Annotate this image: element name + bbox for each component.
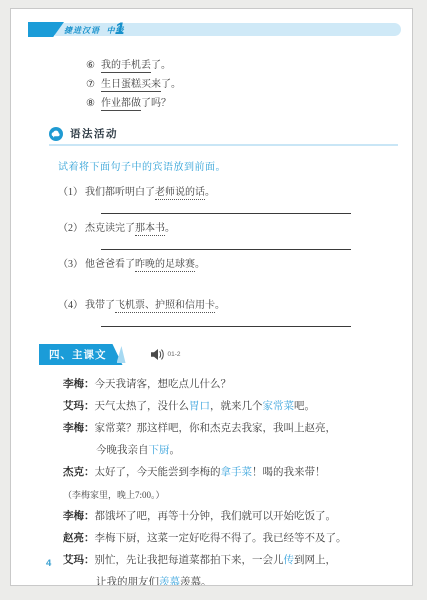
circled-number: ⑥ xyxy=(86,60,95,71)
speaker-name: 杰克： xyxy=(63,467,95,478)
grammar-activity-title: 语法活动 xyxy=(70,126,118,141)
speaker-name: 李梅： xyxy=(63,423,95,434)
dialogue-line: 李梅：家常菜？那这样吧，你和杰克去我家，我叫上赵亮， xyxy=(63,418,394,440)
underlined-phrase: 作业都做 xyxy=(101,98,141,111)
sentence-post: 。 xyxy=(165,223,175,234)
dialogue-text: 天气太热了，没什么 xyxy=(95,401,190,412)
circled-number: ⑧ xyxy=(86,98,95,109)
dialogue-text: 今晚我亲自 xyxy=(96,445,149,456)
sentence-rest: 了。 xyxy=(151,60,171,71)
warmup-list: ⑥我的手机丢了。⑦生日蛋糕买来了。⑧作业都做了吗？ xyxy=(86,59,412,110)
vocab-word: 胃口 xyxy=(189,401,210,412)
warmup-sentence: ⑦生日蛋糕买来了。 xyxy=(86,78,412,91)
vocab-word: 传 xyxy=(284,555,295,566)
speaker-icon xyxy=(150,348,164,361)
item-number: （2） xyxy=(58,223,83,234)
speaker-name: 李梅： xyxy=(63,511,95,522)
vocab-word: 拿手菜 xyxy=(221,467,253,478)
dialogue-text: 。 xyxy=(170,445,181,456)
sentence-post: 。 xyxy=(205,187,215,198)
grammar-item: （2）杰克读完了那本书。 xyxy=(58,222,412,236)
dialogue-line: 李梅：都饿坏了吧，再等十分钟，我们就可以开始吃饭了。 xyxy=(63,506,394,528)
grammar-exercise-list: （1）我们都听明白了老师说的话。（2）杰克读完了那本书。（3）他爸爸看了昨晚的足… xyxy=(58,186,412,327)
sentence-pre: 杰克读完了 xyxy=(85,223,135,234)
instruction-text: 试着将下面句子中的宾语放到前面。 xyxy=(58,158,412,173)
underlined-phrase: 生日蛋糕买来 xyxy=(101,79,161,92)
stage-note: （李梅家里，晚上7:00。） xyxy=(63,484,394,506)
dialogue-text: 让我的朋友们 xyxy=(96,577,159,586)
sentence-rest: 了。 xyxy=(161,79,181,90)
underlined-object: 老师说的话 xyxy=(155,187,205,200)
dialogue-line: 赵亮：李梅下厨，这菜一定好吃得不得了。我已经等不及了。 xyxy=(63,528,394,550)
dialogue-text: 太好了，今天能尝到李梅的 xyxy=(95,467,221,478)
dialogue-line: 艾玛：天气太热了，没什么胃口，就来几个家常菜吧。 xyxy=(63,396,394,418)
sentence-pre: 我带了 xyxy=(85,300,115,311)
dialogue-line: 让我的朋友们羡慕羡慕。 xyxy=(63,572,394,586)
speaker-name: 艾玛： xyxy=(63,555,95,566)
item-number: （4） xyxy=(58,300,83,311)
grammar-activity-header: 语法活动 xyxy=(49,126,398,146)
item-number: （3） xyxy=(58,259,83,270)
dialogue-text: 家常菜？那这样吧，你和杰克去我家，我叫上赵亮， xyxy=(95,423,337,434)
underlined-object: 昨晚的足球赛 xyxy=(135,259,195,272)
chat-bubble-icon xyxy=(49,127,63,141)
underlined-phrase: 我的手机丢 xyxy=(101,60,151,73)
vocab-word: 家常菜 xyxy=(263,401,295,412)
speaker-name: 艾玛： xyxy=(63,401,95,412)
header-band: 捷进汉语 中级 1 xyxy=(11,22,412,39)
item-number: （1） xyxy=(58,187,83,198)
section-title-banner: 四、主课文 xyxy=(39,344,123,365)
sentence-post: 。 xyxy=(215,300,225,311)
main-text-section-row: 四、主课文 01-2 xyxy=(39,346,412,363)
sentence-rest: 了吗？ xyxy=(141,98,171,109)
item-gap xyxy=(58,272,412,291)
dialogue-text: 到网上， xyxy=(294,555,336,566)
dialogue-text: 羡慕。 xyxy=(180,577,212,586)
dialogue: 李梅：今天我请客，想吃点儿什么？艾玛：天气太热了，没什么胃口，就来几个家常菜吧。… xyxy=(63,374,394,586)
banner-triangle-decoration xyxy=(117,346,126,363)
dialogue-line: 杰克：太好了，今天能尝到李梅的拿手菜！喝的我来带！ xyxy=(63,462,394,484)
audio-control[interactable]: 01-2 xyxy=(150,348,181,361)
page-number: 4 xyxy=(46,558,51,569)
dialogue-text: 别忙，先让我把每道菜都拍下来，一会儿 xyxy=(95,555,284,566)
warmup-sentence: ⑥我的手机丢了。 xyxy=(86,59,412,72)
dialogue-text: ，就来几个 xyxy=(210,401,263,412)
speaker-name: 赵亮： xyxy=(63,533,95,544)
underlined-object: 那本书 xyxy=(135,223,165,236)
dialogue-text: 李梅下厨，这菜一定好吃得不得了。我已经等不及了。 xyxy=(95,533,347,544)
dialogue-line: 李梅：今天我请客，想吃点儿什么？ xyxy=(63,374,394,396)
dialogue-text: 吧。 xyxy=(294,401,315,412)
answer-line xyxy=(101,313,351,327)
grammar-item: （4）我带了飞机票、护照和信用卡。 xyxy=(58,299,412,313)
textbook-page: 捷进汉语 中级 1 ⑥我的手机丢了。⑦生日蛋糕买来了。⑧作业都做了吗？ 语法活动… xyxy=(10,8,413,586)
dialogue-text: 今天我请客，想吃点儿什么？ xyxy=(95,379,232,390)
vocab-word: 羡慕 xyxy=(159,577,180,586)
dialogue-line: 艾玛：别忙，先让我把每道菜都拍下来，一会儿传到网上， xyxy=(63,550,394,572)
sentence-post: 。 xyxy=(195,259,205,270)
vocab-word: 下厨 xyxy=(149,445,170,456)
dialogue-line: 今晚我亲自下厨。 xyxy=(63,440,394,462)
grammar-item: （1）我们都听明白了老师说的话。 xyxy=(58,186,412,200)
series-name: 捷进汉语 xyxy=(64,26,100,35)
warmup-sentence: ⑧作业都做了吗？ xyxy=(86,97,412,110)
answer-line xyxy=(101,236,351,250)
sentence-pre: 他爸爸看了 xyxy=(85,259,135,270)
volume-number: 1 xyxy=(115,19,124,39)
grammar-item: （3）他爸爸看了昨晚的足球赛。 xyxy=(58,258,412,272)
speaker-name: 李梅： xyxy=(63,379,95,390)
answer-line xyxy=(101,200,351,214)
underlined-object: 飞机票、护照和信用卡 xyxy=(115,300,215,313)
dialogue-text: 都饿坏了吧，再等十分钟，我们就可以开始吃饭了。 xyxy=(95,511,337,522)
audio-track-label: 01-2 xyxy=(168,351,181,358)
dialogue-text: ！喝的我来带！ xyxy=(252,467,326,478)
circled-number: ⑦ xyxy=(86,79,95,90)
sentence-pre: 我们都听明白了 xyxy=(85,187,155,198)
